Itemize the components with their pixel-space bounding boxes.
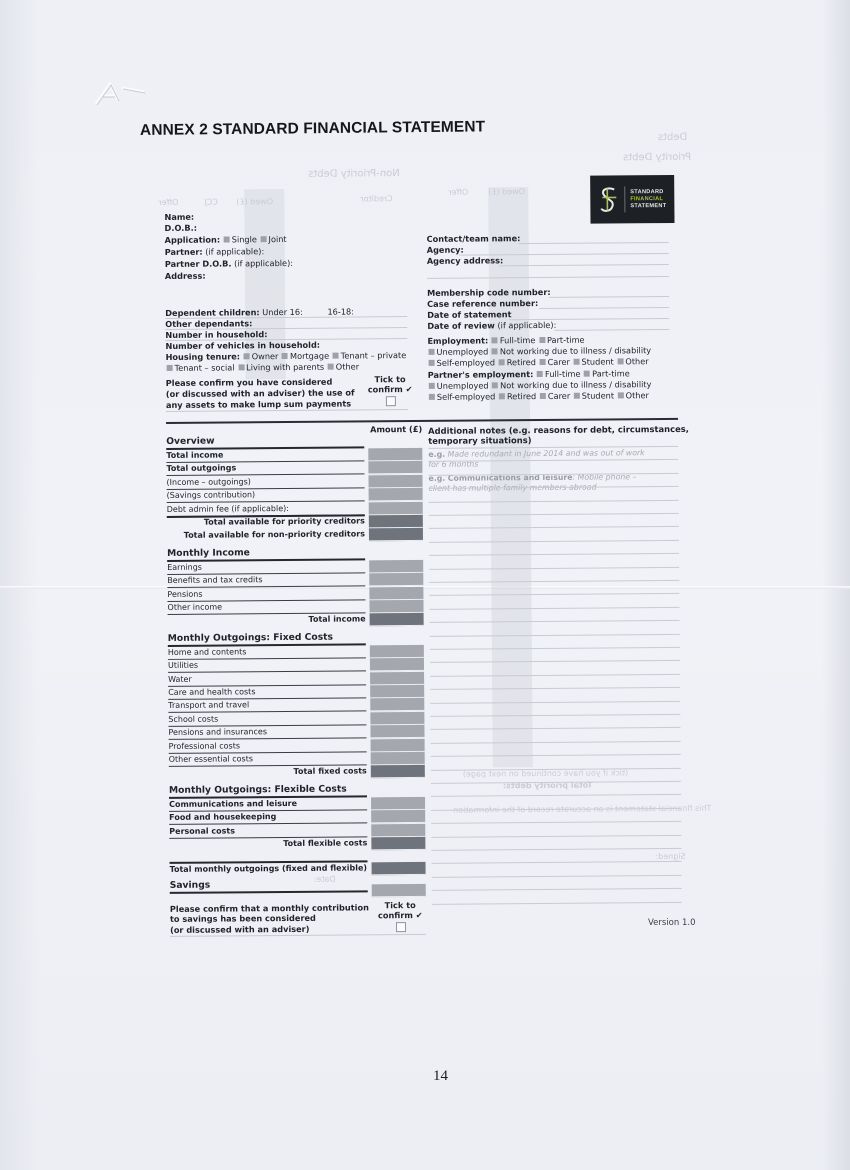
checkbox-living-with-parents[interactable] [238, 364, 244, 370]
bleed-through-text: CCJ [204, 198, 218, 207]
table-row: School costs [168, 712, 366, 727]
checkbox-partner-unemployed[interactable] [429, 383, 435, 389]
section-heading: Savings [170, 879, 211, 890]
notes-line [432, 875, 682, 878]
table-row: (Savings contribution) [167, 489, 365, 504]
checkbox-full-time[interactable] [492, 337, 498, 343]
amount-input[interactable] [371, 810, 425, 823]
amount-input[interactable] [370, 725, 424, 738]
notes-line [429, 500, 679, 503]
notes-line [429, 526, 679, 529]
table-row: Other essential costs [169, 752, 367, 767]
table-row: Care and health costs [168, 685, 366, 700]
checkbox-mortgage[interactable] [282, 353, 288, 359]
field-rule [499, 264, 669, 266]
total-amount[interactable] [369, 515, 423, 528]
date-of-statement-field[interactable]: Date of statement [427, 309, 511, 321]
checkbox-single[interactable] [224, 236, 230, 242]
total-row: Total available for priority creditors [167, 515, 365, 529]
total-amount[interactable] [371, 837, 425, 850]
savings-amount[interactable] [372, 884, 426, 897]
checkbox-partner-carer[interactable] [540, 393, 546, 399]
checkbox-partner-full-time[interactable] [537, 371, 543, 377]
name-field[interactable]: Name: [164, 212, 194, 223]
total-outgoings-amount[interactable] [372, 862, 426, 875]
checkbox-student[interactable] [573, 359, 579, 365]
partner-employment-row3[interactable]: Self-employed Retired Carer Student Othe… [428, 390, 649, 403]
amount-input[interactable] [371, 824, 425, 837]
bleed-through-text: Offer [158, 198, 178, 207]
partner-field[interactable]: Partner: (if applicable): [165, 246, 265, 258]
logo-separator [624, 186, 625, 212]
bleed-through-text: Priority Debts [623, 152, 691, 164]
amount-input[interactable] [371, 797, 425, 810]
checkbox-other[interactable] [617, 358, 623, 364]
form-sheet: Debts Priority Debts Non-Priority Debts … [158, 156, 704, 940]
field-rule [539, 307, 669, 309]
amount-input[interactable] [370, 658, 424, 671]
bleed-through-text: Creditor [360, 194, 392, 203]
checkbox-self-employed[interactable] [429, 360, 435, 366]
table-row: Pensions [167, 587, 365, 602]
checkbox-not-working-illness[interactable] [492, 348, 498, 354]
total-row: Total available for non-priority credito… [167, 529, 365, 543]
notes-line [430, 660, 680, 663]
total-amount[interactable] [370, 613, 424, 626]
checkbox-partner-other[interactable] [618, 392, 624, 398]
notes-line [430, 714, 680, 717]
checkbox-retired[interactable] [499, 359, 505, 365]
notes-line [429, 513, 679, 516]
amount-input[interactable] [371, 739, 425, 752]
savings-confirm-checkbox[interactable] [396, 922, 406, 932]
page-edge-shadow [0, 0, 40, 1170]
embossed-mark-icon [92, 78, 148, 108]
notes-line [431, 848, 681, 851]
total-monthly-outgoings: Total monthly outgoings (fixed and flexi… [170, 863, 368, 877]
notes-line [432, 902, 682, 905]
checkbox-partner-retired[interactable] [499, 393, 505, 399]
section-heading: Monthly Outgoings: Fixed Costs [168, 631, 333, 643]
logo-wordmark: STANDARD FINANCIAL STATEMENT [630, 189, 666, 210]
table-row: Professional costs [169, 739, 367, 754]
notes-line [430, 701, 680, 704]
checkbox-partner-student[interactable] [574, 393, 580, 399]
field-rule [554, 329, 669, 331]
date-of-review-field[interactable]: Date of review (if applicable): [427, 320, 556, 332]
total-row: Total income [168, 614, 366, 628]
notes-line [432, 861, 682, 864]
amount-input[interactable] [369, 488, 423, 501]
partner-dob-field[interactable]: Partner D.O.B. (if applicable): [165, 258, 293, 270]
bleed-through-text: Debts [658, 132, 687, 143]
notes-line [429, 540, 679, 543]
notes-line [430, 727, 680, 730]
amount-input[interactable] [368, 461, 422, 474]
amount-input[interactable] [368, 448, 422, 461]
tick-to-confirm-label: Tick toconfirm ✔ [378, 900, 423, 920]
table-row: Water [168, 672, 366, 687]
sfs-logo-mark-icon [596, 184, 620, 214]
table-row: Total outgoings [166, 462, 364, 477]
total-amount[interactable] [369, 528, 423, 541]
notes-line [430, 687, 680, 690]
financial-table: Amount (£) OverviewTotal incomeTotal out… [166, 424, 430, 946]
checkbox-partner-part-time[interactable] [584, 371, 590, 377]
amount-input[interactable] [370, 698, 424, 711]
section-heading: Monthly Outgoings: Flexible Costs [169, 783, 347, 795]
total-row: Total fixed costs [169, 766, 367, 780]
housing-tenure-row2[interactable]: Tenant – social Living with parents Othe… [166, 361, 359, 374]
notes-line [430, 634, 680, 637]
checkbox-tenant-private[interactable] [333, 353, 339, 359]
table-row: Personal costs [169, 824, 367, 839]
table-row: Food and housekeeping [169, 811, 367, 826]
notes-line [430, 674, 680, 677]
notes-line [430, 647, 680, 650]
agency-address-field[interactable]: Agency address: [427, 255, 504, 267]
total-amount[interactable] [371, 765, 425, 778]
address-field[interactable]: Address: [165, 271, 206, 282]
notes-line [429, 567, 679, 570]
contact-team-field[interactable]: Contact/team name: [427, 233, 521, 245]
notes-line [430, 607, 680, 610]
assets-confirm-checkbox[interactable] [386, 396, 396, 406]
section-heading: Monthly Income [167, 547, 250, 559]
checkbox-other[interactable] [328, 364, 334, 370]
table-row: Utilities [168, 659, 366, 674]
page-edge-shadow [822, 0, 850, 1170]
notes-line [431, 794, 681, 797]
amount-input[interactable] [370, 685, 424, 698]
amount-input[interactable] [368, 475, 422, 488]
table-row: Earnings [167, 560, 365, 575]
employment-row3[interactable]: Self-employed Retired Carer Student Othe… [428, 356, 649, 369]
notes-line [429, 553, 679, 556]
amount-input[interactable] [370, 712, 424, 725]
checkbox-unemployed[interactable] [428, 349, 434, 355]
tick-to-confirm-label: Tick toconfirm ✔ [368, 374, 413, 394]
table-row: Communications and leisure [169, 797, 367, 812]
application-field[interactable]: Application: Single Joint [165, 234, 287, 246]
dob-field[interactable]: D.O.B.: [164, 223, 197, 234]
notes-line [429, 580, 679, 583]
checkbox-partner-self-employed[interactable] [429, 394, 435, 400]
checkbox-owner[interactable] [244, 353, 250, 359]
case-reference-field[interactable]: Case reference number: [427, 298, 538, 310]
notes-line [432, 888, 682, 891]
checkbox-tenant-social[interactable] [167, 365, 173, 371]
field-rule [549, 296, 669, 298]
checkbox-carer[interactable] [540, 359, 546, 365]
notes-line [431, 835, 681, 838]
amount-input[interactable] [369, 573, 423, 586]
total-row: Total flexible costs [169, 837, 367, 851]
section-heading: Overview [166, 436, 215, 447]
checkbox-part-time[interactable] [539, 337, 545, 343]
bleed-through-text: Offer [448, 188, 468, 197]
page-number: 14 [433, 1068, 448, 1085]
bleed-through-text: Owed (£) [236, 197, 273, 206]
notes-line [431, 821, 681, 824]
checkbox-partner-not-working-illness[interactable] [492, 382, 498, 388]
section-heading-rule [170, 890, 368, 894]
notes-line [429, 593, 679, 596]
amount-input[interactable] [369, 502, 423, 515]
table-row: Home and contents [168, 645, 366, 660]
field-rule [519, 242, 669, 244]
table-row: Benefits and tax credits [167, 574, 365, 589]
bleed-through-text: Owed (£) [488, 187, 525, 196]
notes-line [431, 741, 681, 744]
table-row: Transport and travel [168, 699, 366, 714]
sfs-logo: STANDARD FINANCIAL STATEMENT [590, 175, 674, 224]
field-rule [427, 276, 669, 279]
notes-line [430, 620, 680, 623]
amount-column-header: Amount (£) [370, 424, 422, 434]
amount-input[interactable] [369, 560, 423, 573]
bleed-through-text: Non-Priority Debts [308, 168, 400, 180]
notes-lines[interactable] [158, 156, 698, 160]
table-row: Other income [167, 600, 365, 615]
amount-input[interactable] [371, 752, 425, 765]
amount-input[interactable] [370, 672, 424, 685]
table-row: Total income [166, 448, 364, 463]
notes-line [431, 754, 681, 757]
amount-input[interactable] [369, 600, 423, 613]
bleed-through-text: Signed: [655, 852, 685, 861]
amount-input[interactable] [369, 587, 423, 600]
version-label: Version 1.0 [648, 918, 695, 928]
amount-input[interactable] [370, 645, 424, 658]
table-row: (Income – outgoings) [166, 475, 364, 490]
checkbox-joint[interactable] [260, 236, 266, 242]
document-title: ANNEX 2 STANDARD FINANCIAL STATEMENT [140, 118, 485, 140]
notes-title: Additional notes (e.g. reasons for debt,… [428, 424, 689, 446]
table-row: Pensions and insurances [168, 726, 366, 741]
notes-example-2: e.g. Communications and leisure: Mobile … [428, 472, 636, 494]
